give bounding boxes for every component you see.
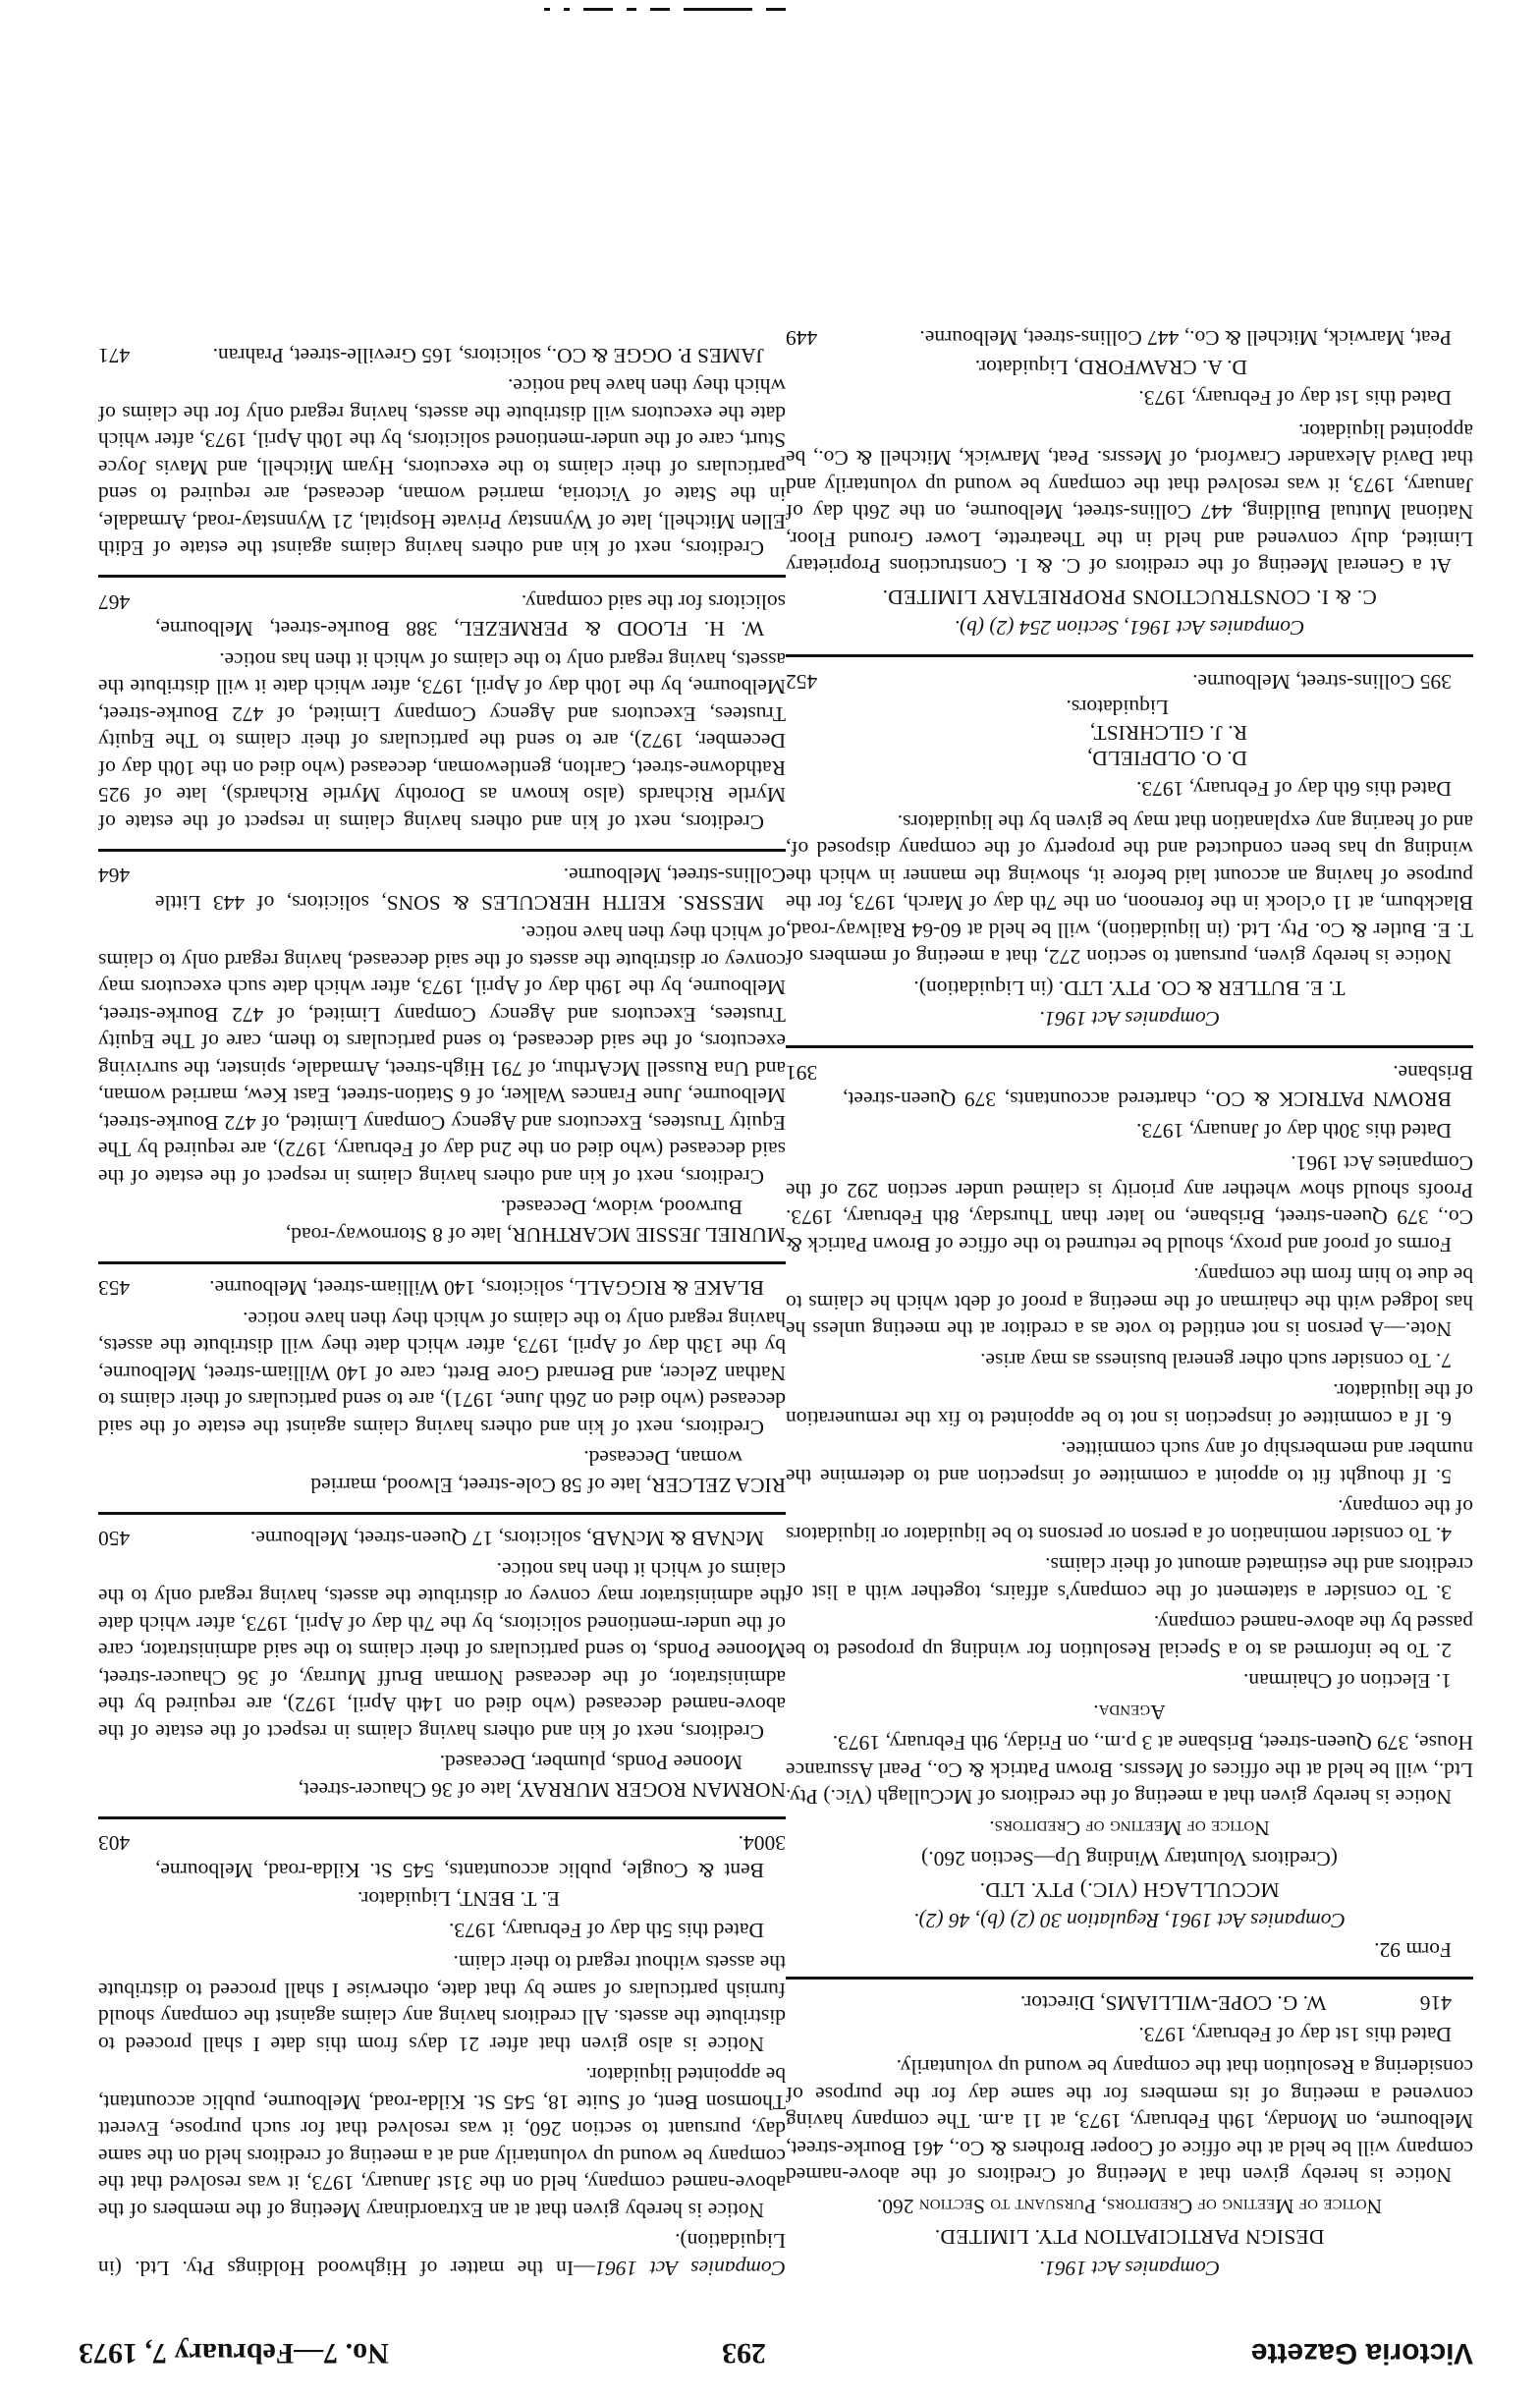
notice-body: Creditors, next of kin and others having… xyxy=(98,920,786,1190)
notice-highwood: Companies Act 1961—In the matter of High… xyxy=(98,1829,786,2281)
ref-number: 453 xyxy=(98,1274,151,1302)
address: JAMES P. OGGE & CO., solicitors, 165 Gre… xyxy=(213,344,764,367)
notice-body: Creditors, next of kin and others having… xyxy=(98,646,786,836)
dated-line: Dated this 5th day of February, 1973. xyxy=(98,1917,786,1944)
act-name: Companies Act 1961 xyxy=(595,2257,786,2280)
deceased-description: Burwood, widow, Deceased. xyxy=(98,1194,786,1221)
deceased-name: RICA ZELCER, late of 58 Cole-street, Elw… xyxy=(98,1472,786,1499)
signature: D. A. CRAWFORD, Liquidator. xyxy=(786,354,1473,381)
notice-zelcer: RICA ZELCER, late of 58 Cole-street, Elw… xyxy=(98,1274,786,1498)
scan-edge-artifact xyxy=(0,8,786,11)
agenda-item: 1. Election of Chairman. xyxy=(786,1667,1473,1695)
act-reference: Companies Act 1961. xyxy=(786,1005,1473,1032)
agenda-item: 7. To consider such other general busine… xyxy=(786,1347,1473,1374)
ref-number: 452 xyxy=(786,668,839,696)
address-line: 395 Collins-street, Melbourne. 452 xyxy=(786,668,1473,696)
address-line: Peat, Marwick, Mitchell & Co., 447 Colli… xyxy=(786,324,1473,352)
dated-line: Dated this 30th day of January, 1973. xyxy=(786,1117,1473,1144)
address: Bent & Cougle, public accountants, 545 S… xyxy=(155,1832,786,1883)
note-paragraph: Note.—A person is not entitled to vote a… xyxy=(786,1261,1473,1343)
signatory: R. J. GILCHRIST, xyxy=(786,720,1473,746)
deceased-full-name: RICA ZELCER xyxy=(651,1474,786,1497)
deceased-description: Moonee Ponds, plumber, Deceased. xyxy=(98,1749,786,1776)
notice-subtitle: (Creditors Voluntary Winding Up—Section … xyxy=(786,1845,1473,1872)
deceased-address: , late of 8 Stornoway-road, xyxy=(286,1223,512,1247)
section-divider xyxy=(98,576,786,579)
notice-body: Notice is hereby given, pursuant to sect… xyxy=(786,809,1473,971)
page-header: Victoria Gazette 293 No. 7—February 7, 1… xyxy=(59,2320,1473,2370)
section-divider xyxy=(786,655,1473,658)
notice-richards: Creditors, next of kin and others having… xyxy=(98,588,786,836)
signature: W. G. COPE-WILLIAMS, Director. xyxy=(1020,1992,1415,2016)
address-line: McNAB & McNAB, solicitors, 17 Queen-stre… xyxy=(98,1525,786,1552)
address: W. H. FLOOD & PERMEZEL, 388 Bourke-stree… xyxy=(155,590,786,642)
deceased-name: NORMAN ROGER MURRAY, late of 36 Chaucer-… xyxy=(98,1776,786,1804)
company-name: T. E. BUTLER & CO. PTY. LTD. (in Liquida… xyxy=(786,975,1473,1002)
act-reference: Companies Act 1961. xyxy=(786,2255,1473,2282)
notice-ci-constructions: Companies Act 1961, Section 254 (2) (b).… xyxy=(786,324,1473,642)
signatory: D. O. OLDFIELD, xyxy=(786,746,1473,771)
notice-body: Creditors, next of kin and others having… xyxy=(98,1306,786,1441)
notice-body: Creditors, next of kin and others having… xyxy=(98,1556,786,1746)
forms-paragraph: Forms of proof and proxy, should be retu… xyxy=(786,1149,1473,1257)
agenda-item: 2. To be informed as to a Special Resolu… xyxy=(786,1609,1473,1663)
address: BROWN PATRICK & CO., chartered accountan… xyxy=(843,1061,1473,1112)
section-divider xyxy=(98,849,786,852)
company-name: C. & I. CONSTRUCTIONS PROPRIETARY LIMITE… xyxy=(786,584,1473,611)
notice-body: Creditors, next of kin and others having… xyxy=(98,372,786,562)
agenda-item: 3. To consider a statement of the compan… xyxy=(786,1551,1473,1605)
address-line: MESSRS. KEITH HERCULES & SONS, solicitor… xyxy=(98,862,786,916)
agenda-heading: Agenda. xyxy=(786,1699,1473,1726)
ref-number: 449 xyxy=(786,324,839,352)
deceased-full-name: NORMAN ROGER MURRAY xyxy=(522,1778,786,1802)
notice-heading: Notice of Meeting of Creditors, Pursuant… xyxy=(786,2193,1473,2220)
notice-body: Notice is hereby given that a Meeting of… xyxy=(786,2053,1473,2189)
ref-number: 467 xyxy=(98,588,151,616)
publication-title: Victoria Gazette xyxy=(1251,2336,1473,2370)
company-name: McCULLAGH (VIC.) PTY. LTD. xyxy=(786,1876,1473,1904)
address: MESSRS. KEITH HERCULES & SONS, solicitor… xyxy=(155,865,786,916)
signature-line: 416 W. G. COPE-WILLIAMS, Director. xyxy=(786,1989,1473,2017)
section-divider xyxy=(98,1261,786,1264)
ref-number: 403 xyxy=(98,1829,151,1857)
agenda-item: 6. If a committee of inspection is not t… xyxy=(786,1377,1473,1431)
form-number: Form 92. xyxy=(786,1936,1452,1964)
notice-body: Notice is hereby given that a meeting of… xyxy=(786,1729,1473,1811)
deceased-address: , late of 58 Cole-street, Elwood, marrie… xyxy=(310,1474,651,1497)
notice-mcarthur: MURIEL JESSIE McARTHUR, late of 8 Storno… xyxy=(98,862,786,1248)
page-number: 293 xyxy=(722,2336,766,2370)
address: 395 Collins-street, Melbourne. xyxy=(1192,670,1452,694)
act-reference: Companies Act 1961, Regulation 30 (2) (b… xyxy=(786,1907,1473,1934)
notice-heading: Notice of Meeting of Creditors. xyxy=(786,1814,1473,1842)
ref-number: 471 xyxy=(98,342,151,369)
notice-butler: Companies Act 1961. T. E. BUTLER & CO. P… xyxy=(786,668,1473,1032)
address: Peat, Marwick, Mitchell & Co., 447 Colli… xyxy=(919,327,1452,351)
section-divider xyxy=(98,1512,786,1515)
address: BLAKE & RIGGALL, solicitors, 140 William… xyxy=(209,1277,764,1301)
ref-number: 391 xyxy=(786,1059,839,1087)
left-column: Companies Act 1961. DESIGN PARTICIPATION… xyxy=(786,318,1473,2281)
act-reference: Companies Act 1961, Section 254 (2) (b). xyxy=(786,614,1473,642)
address-line: W. H. FLOOD & PERMEZEL, 388 Bourke-stree… xyxy=(98,588,786,642)
signatory-role: Liquidators. xyxy=(1067,696,1248,719)
notice-mitchell: Creditors, next of kin and others having… xyxy=(98,342,786,562)
deceased-description: woman, Deceased. xyxy=(98,1444,786,1472)
notice-body: At a General Meeting of the creditors of… xyxy=(786,418,1473,580)
ref-number: 450 xyxy=(98,1525,151,1552)
agenda-item: 5. If thought fit to appoint a committee… xyxy=(786,1435,1473,1489)
address-line: Bent & Cougle, public accountants, 545 S… xyxy=(98,1829,786,1883)
signature: E. T. BENT, Liquidator. xyxy=(98,1885,786,1913)
section-divider xyxy=(98,1816,786,1819)
ref-number: 416 xyxy=(1420,1992,1452,2016)
section-divider xyxy=(786,1977,1473,1980)
notice-body: Notice is also given that after 21 days … xyxy=(98,1949,786,2057)
right-column: Companies Act 1961—In the matter of High… xyxy=(98,336,786,2282)
address-line: JAMES P. OGGE & CO., solicitors, 165 Gre… xyxy=(98,342,786,369)
notice-mccullagh: Form 92. Companies Act 1961, Regulation … xyxy=(786,1059,1473,1964)
deceased-name: MURIEL JESSIE McARTHUR, late of 8 Storno… xyxy=(98,1221,786,1249)
ref-number: 464 xyxy=(98,862,151,889)
gazette-page: Victoria Gazette 293 No. 7—February 7, 1… xyxy=(0,0,1540,2399)
notice-murray: NORMAN ROGER MURRAY, late of 36 Chaucer-… xyxy=(98,1525,786,1803)
address-line: BLAKE & RIGGALL, solicitors, 140 William… xyxy=(98,1274,786,1302)
deceased-address: , late of 36 Chaucer-street, xyxy=(299,1778,522,1802)
notice-body: Notice is hereby given that at an Extrao… xyxy=(98,2061,786,2223)
agenda-item: 4. To consider nomination of a person or… xyxy=(786,1493,1473,1547)
address: McNAB & McNAB, solicitors, 17 Queen-stre… xyxy=(250,1528,764,1551)
issue-date: No. 7—February 7, 1973 xyxy=(79,2336,389,2370)
section-divider xyxy=(786,1046,1473,1049)
dated-line: Dated this 6th day of February, 1973. xyxy=(786,775,1473,803)
notice-design-participation: Companies Act 1961. DESIGN PARTICIPATION… xyxy=(786,1989,1473,2281)
address-line: BROWN PATRICK & CO., chartered accountan… xyxy=(786,1059,1473,1113)
deceased-full-name: MURIEL JESSIE McARTHUR xyxy=(512,1223,786,1247)
dated-line: Dated this 1st day of February, 1973. xyxy=(786,2021,1473,2048)
act-reference: Companies Act 1961—In the matter of High… xyxy=(98,2227,786,2281)
dated-line: Dated this 1st day of February, 1973. xyxy=(786,384,1473,412)
company-name: DESIGN PARTICIPATION PTY. LIMITED. xyxy=(786,2223,1473,2251)
